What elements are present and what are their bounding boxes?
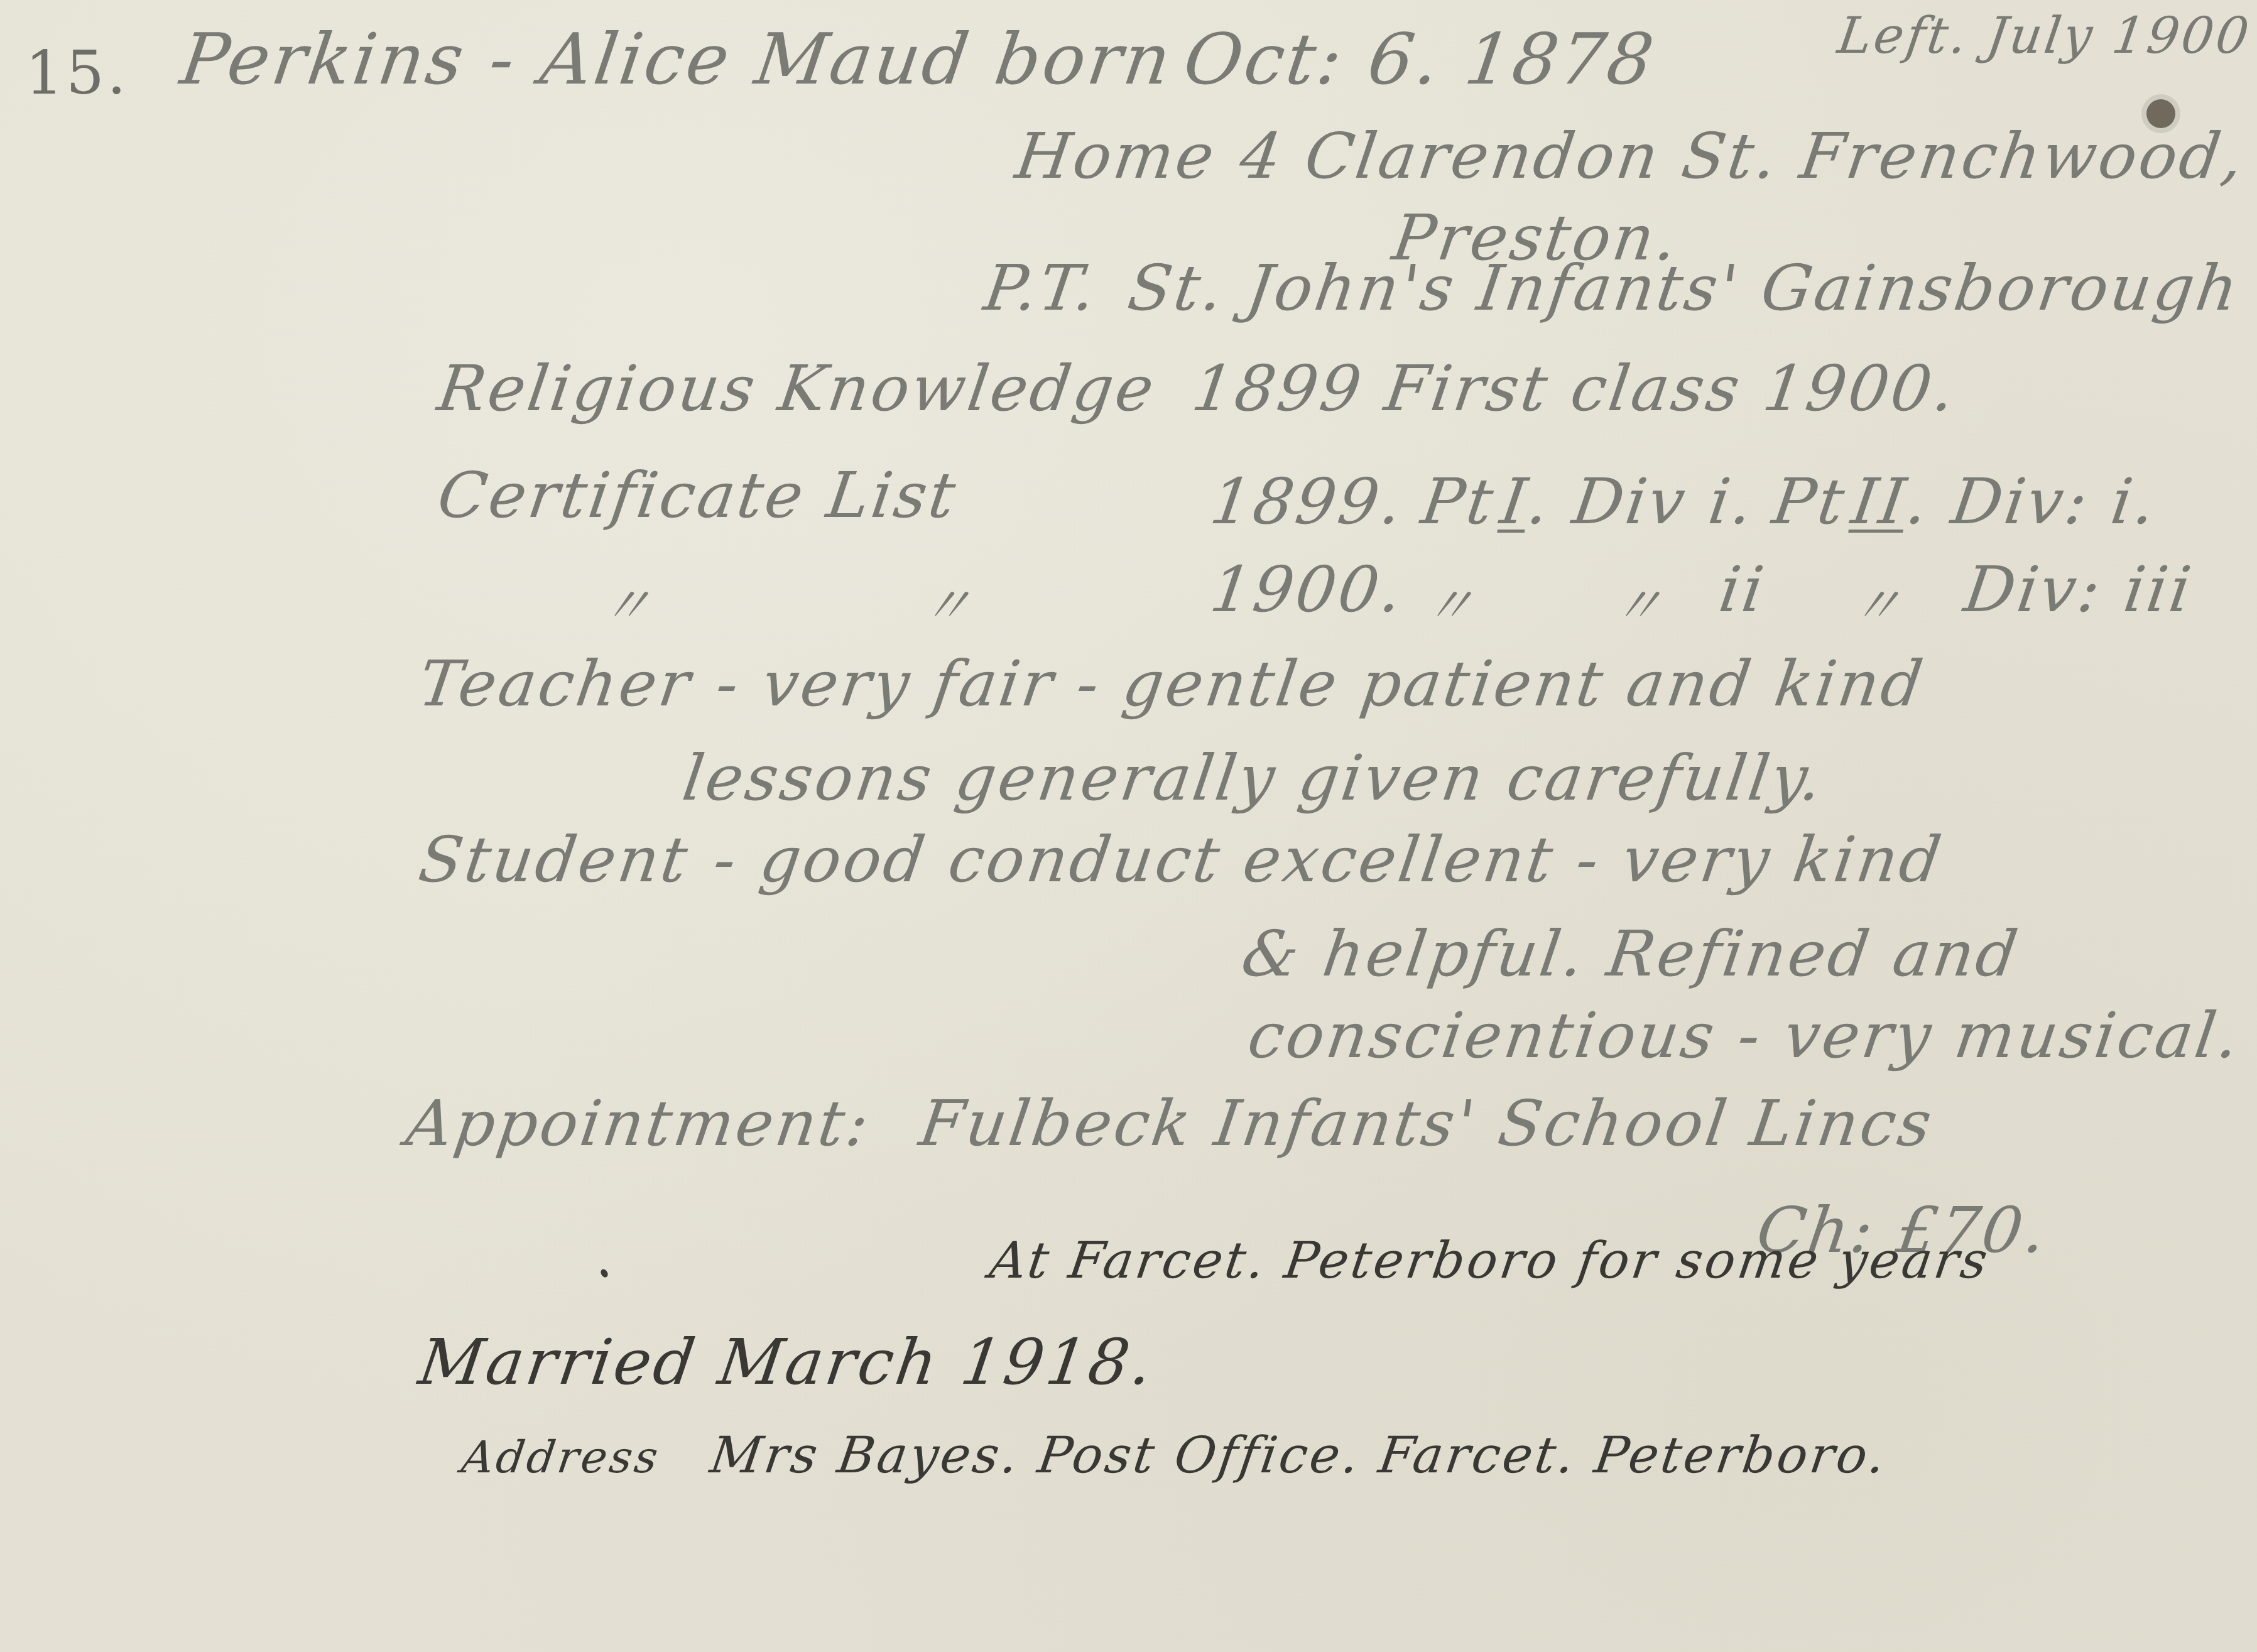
left-note: Left. July 1900 — [1834, 6, 2255, 65]
address-label: Address — [459, 1432, 663, 1483]
cert-1900-pt2: ii — [1715, 553, 1770, 626]
home-address-line1: 4 Clarendon St. Frenchwood, — [1236, 119, 2250, 193]
student-remark-3: conscientious - very musical. — [1244, 999, 2246, 1072]
register-page: 15. Perkins - Alice Maud born Oct: 6. 18… — [0, 0, 2257, 1652]
address-value: Mrs Bayes. Post Office. Farcet. Peterbor… — [707, 1426, 1891, 1484]
born-label: born — [990, 19, 1178, 101]
religious-knowledge-value: 1899 First class 1900. — [1188, 352, 1962, 425]
certificate-row-1899: 1899. Pt I . Div i. Pt II . Div: i. — [1206, 465, 2151, 538]
entry-header: Perkins - Alice Maud born Oct: 6. 1878 — [176, 19, 1649, 101]
born-date: Oct: 6. 1878 — [1179, 19, 1661, 101]
home-label: Home — [1011, 119, 1221, 193]
cert-ditto-2: 〃 — [917, 565, 980, 638]
teacher-label: Teacher — [415, 647, 697, 720]
pupil-teacher-label: P.T. — [980, 251, 1102, 325]
teacher-remark-2: lessons generally given carefully. — [678, 741, 1829, 815]
cert-pt1-div: . Div i. — [1523, 465, 1759, 538]
student-line: Student - good conduct excellent - very … — [415, 823, 1937, 896]
certificate-list-label: Certificate List — [433, 459, 962, 532]
student-remark-2: & helpful. Refined and — [1237, 917, 2025, 991]
student-label: Student — [415, 823, 694, 896]
cert-1900-div-ditto: 〃 — [1608, 565, 1671, 638]
religious-knowledge-label: Religious Knowledge — [433, 352, 1161, 425]
given-names: Alice Maud — [536, 19, 976, 101]
cert-1900-pt-ditto: 〃 — [1420, 565, 1482, 638]
home-line: Home 4 Clarendon St. Frenchwood, — [1011, 119, 2240, 193]
cert-1900-pt2-ditto: 〃 — [1847, 565, 1910, 638]
name-dash: - — [484, 19, 522, 101]
cert-ditto-1: 〃 — [597, 565, 660, 638]
ink-speck — [599, 1268, 609, 1278]
cert-pt1-label: Pt — [1417, 465, 1500, 538]
pupil-teacher-school: St. John's Infants' Gainsborough — [1124, 251, 2244, 325]
married-note: Married March 1918. — [415, 1325, 1159, 1399]
cert-year: 1899. — [1206, 465, 1409, 538]
cert-year-1900: 1900. — [1206, 553, 1409, 626]
entry-number: 15. — [25, 38, 129, 108]
cert-pt2-div: . Div: i. — [1902, 465, 2162, 538]
appointment-school: Fulbeck Infants' School Lincs — [915, 1087, 1939, 1160]
farcet-note: At Farcet. Peterboro for some years — [986, 1231, 1994, 1290]
religious-knowledge-line: Religious Knowledge 1899 First class 190… — [433, 352, 1952, 425]
teacher-line: Teacher - very fair - gentle patient and… — [415, 647, 1919, 720]
appointment-label: Appointment: — [402, 1087, 876, 1160]
pupil-teacher-line: P.T. St. John's Infants' Gainsborough — [980, 251, 2234, 325]
cert-1900-div: Div: iii — [1960, 553, 2198, 626]
address-line: Address Mrs Bayes. Post Office. Farcet. … — [459, 1426, 1883, 1484]
cert-pt2-label: Pt — [1768, 465, 1851, 538]
appointment-line: Appointment: Fulbeck Infants' School Lin… — [402, 1087, 1928, 1160]
surname: Perkins — [176, 19, 471, 101]
teacher-remark-1: - very fair - gentle patient and kind — [712, 647, 1929, 720]
student-remark-1: - good conduct excellent - very kind — [709, 823, 1948, 896]
cert-pt2-num: II — [1847, 465, 1912, 538]
